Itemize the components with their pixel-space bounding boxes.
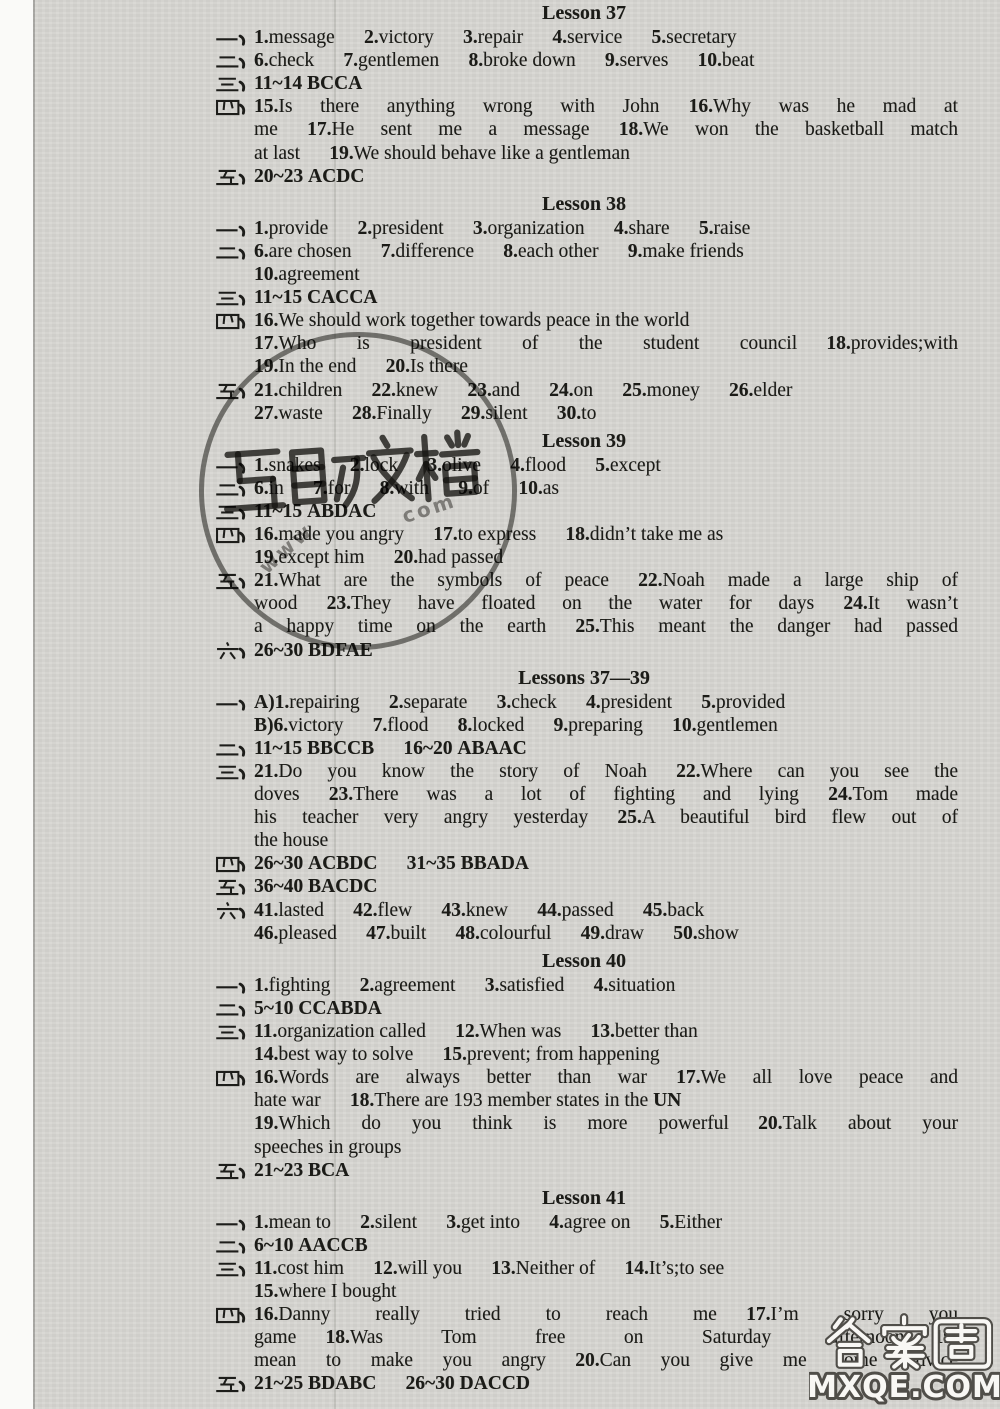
section-marker [210, 1160, 252, 1183]
section-marker [210, 1258, 252, 1281]
answer-text: hate war 18.There are 193 member states … [254, 1090, 681, 1111]
answer-line: 1.provide 2.president 3.organization 4.s… [210, 217, 958, 240]
section-marker [210, 241, 252, 264]
answer-line: his teacher very angry yesterday 25.A be… [210, 806, 958, 829]
answer-text: 6~10 AACCB [254, 1235, 368, 1256]
section-marker [210, 975, 252, 998]
answer-text: A)1.repairing 2.separate 3.check 4.presi… [254, 692, 785, 713]
answer-text: 11~14 BCCA [254, 73, 362, 94]
lesson-heading: Lesson 41 [210, 1187, 958, 1210]
section-marker [210, 1067, 252, 1090]
answer-text: 5~10 CCABDA [254, 998, 382, 1019]
answer-line: hate war 18.There are 193 member states … [210, 1089, 958, 1112]
section-marker [210, 50, 252, 73]
section-marker [210, 1212, 252, 1235]
answer-text: 21~23 BCA [254, 1160, 349, 1181]
answer-line: 15.Is there anything wrong with John 16.… [210, 95, 958, 118]
answer-text: 10.agreement [254, 264, 360, 285]
section-marker [210, 96, 252, 119]
answer-line: 1.fighting 2.agreement 3.satisfied 4.sit… [210, 974, 958, 997]
answer-line: 10.agreement [210, 263, 958, 286]
section-marker [210, 692, 252, 715]
logo-hanzi [825, 1313, 993, 1371]
answer-line: 1.message 2.victory 3.repair 4.service 5… [210, 26, 958, 49]
scan-left-margin [0, 0, 33, 1409]
section-marker [210, 998, 252, 1021]
lesson-heading: Lessons 37—39 [210, 667, 958, 690]
lesson-heading: Lesson 40 [210, 950, 958, 973]
answer-line: 46.pleased 47.built 48.colourful 49.draw… [210, 922, 958, 945]
lesson-heading: Lesson 38 [210, 193, 958, 216]
answer-line: 6.are chosen 7.difference 8.each other 9… [210, 240, 958, 263]
answer-line: 11.organization called 12.When was 13.be… [210, 1020, 958, 1043]
section-marker [210, 1373, 252, 1396]
answer-line: at last 19.We should behave like a gentl… [210, 142, 958, 165]
answer-text: 36~40 BACDC [254, 876, 377, 897]
answer-text: 1.provide 2.president 3.organization 4.s… [254, 218, 750, 239]
scanned-answer-page: Lesson 371.message 2.victory 3.repair 4.… [0, 0, 1000, 1409]
section-marker [210, 640, 252, 663]
section-marker [210, 738, 252, 761]
mxqe-watermark-logo: MXQE.COM MXQE.COM [805, 1291, 1000, 1409]
lesson-section: Lesson 371.message 2.victory 3.repair 4.… [210, 2, 958, 188]
answer-text: 11.cost him 12.will you 13.Neither of 14… [254, 1258, 724, 1279]
section-marker [210, 853, 252, 876]
answer-line: 14.best way to solve 15.prevent; from ha… [210, 1043, 958, 1066]
answer-text: the house [254, 830, 328, 851]
answer-line: 6~10 AACCB [210, 1234, 958, 1257]
answer-text: speeches in groups [254, 1137, 401, 1158]
answer-text: 11~15 BBCCB 16~20 ABAAC [254, 738, 527, 759]
answer-line: 11~15 BBCCB 16~20 ABAAC [210, 737, 958, 760]
answer-text: 1.mean to 2.silent 3.get into 4.agree on… [254, 1212, 722, 1233]
answer-text: 19.Which do you think is more powerful 2… [254, 1113, 958, 1134]
section-marker [210, 310, 252, 333]
section-marker [210, 1235, 252, 1258]
answer-text: 15.Is there anything wrong with John 16.… [254, 96, 958, 117]
answer-line: 20~23 ACDC [210, 165, 958, 188]
page-edge-line [33, 0, 35, 1409]
section-marker [210, 900, 252, 923]
answer-text: 1.fighting 2.agreement 3.satisfied 4.sit… [254, 975, 675, 996]
answer-line: 11~15 CACCA [210, 286, 958, 309]
section-marker [210, 73, 252, 96]
answer-text: 21.Do you know the story of Noah 22.Wher… [254, 761, 958, 782]
answer-line: 6.check 7.gentlemen 8.broke down 9.serve… [210, 49, 958, 72]
answer-line: 36~40 BACDC [210, 875, 958, 898]
section-marker [210, 166, 252, 189]
logo-domain: MXQE.COM MXQE.COM [809, 1367, 1000, 1407]
answer-text: 6.are chosen 7.difference 8.each other 9… [254, 241, 744, 262]
answer-line: 1.mean to 2.silent 3.get into 4.agree on… [210, 1211, 958, 1234]
answer-line: 5~10 CCABDA [210, 997, 958, 1020]
answer-text: 15.where I bought [254, 1281, 396, 1302]
answer-line: A)1.repairing 2.separate 3.check 4.presi… [210, 691, 958, 714]
answer-line: the house [210, 829, 958, 852]
answer-line: speeches in groups [210, 1136, 958, 1159]
lesson-heading: Lesson 37 [210, 2, 958, 25]
answer-line: 16.Words are always better than war 17.W… [210, 1066, 958, 1089]
section-marker [210, 27, 252, 50]
answer-text: doves 23.There was a lot of fighting and… [254, 784, 958, 805]
lesson-section: Lesson 401.fighting 2.agreement 3.satisf… [210, 950, 958, 1182]
answer-text: 14.best way to solve 15.prevent; from ha… [254, 1044, 660, 1065]
answer-text: at last 19.We should behave like a gentl… [254, 143, 630, 164]
answer-text: his teacher very angry yesterday 25.A be… [254, 807, 958, 828]
answer-line: 19.Which do you think is more powerful 2… [210, 1112, 958, 1135]
answer-text: 26~30 ACBDC 31~35 BBADA [254, 853, 529, 874]
answer-text: 11.organization called 12.When was 13.be… [254, 1021, 698, 1042]
answer-text: me 17.He sent me a message 18.We won the… [254, 119, 958, 140]
answer-column: Lesson 371.message 2.victory 3.repair 4.… [0, 0, 1000, 1396]
section-marker [210, 287, 252, 310]
answer-text: B)6.victory 7.flood 8.locked 9.preparing… [254, 715, 778, 736]
answer-line: B)6.victory 7.flood 8.locked 9.preparing… [210, 714, 958, 737]
answer-line: doves 23.There was a lot of fighting and… [210, 783, 958, 806]
section-marker [210, 876, 252, 899]
answer-line: 21.Do you know the story of Noah 22.Wher… [210, 760, 958, 783]
section-marker [210, 1304, 252, 1327]
answer-text: 21~25 BDABC 26~30 DACCD [254, 1373, 530, 1394]
answer-text: 16.Words are always better than war 17.W… [254, 1067, 958, 1088]
stamp-url-fragment: www [254, 518, 318, 579]
answer-text: 46.pleased 47.built 48.colourful 49.draw… [254, 923, 739, 944]
answer-line: me 17.He sent me a message 18.We won the… [210, 118, 958, 141]
answer-text: 1.message 2.victory 3.repair 4.service 5… [254, 27, 736, 48]
lesson-section: Lessons 37—39A)1.repairing 2.separate 3.… [210, 667, 958, 945]
answer-line: 16.We should work together towards peace… [210, 309, 958, 332]
section-marker [210, 761, 252, 784]
answer-line: 26~30 ACBDC 31~35 BBADA [210, 852, 958, 875]
section-marker [210, 1021, 252, 1044]
svg-text:MXQE.COM: MXQE.COM [809, 1370, 1000, 1405]
answer-line: 11~14 BCCA [210, 72, 958, 95]
section-marker [210, 218, 252, 241]
answer-line: 41.lasted 42.flew 43.knew 44.passed 45.b… [210, 899, 958, 922]
answer-text: 11~15 CACCA [254, 287, 377, 308]
answer-text: 41.lasted 42.flew 43.knew 44.passed 45.b… [254, 900, 704, 921]
answer-text: 16.We should work together towards peace… [254, 310, 689, 331]
answer-text: 6.check 7.gentlemen 8.broke down 9.serve… [254, 50, 754, 71]
answer-line: 21~23 BCA [210, 1159, 958, 1182]
answer-text: 20~23 ACDC [254, 166, 364, 187]
answer-line: 11.cost him 12.will you 13.Neither of 14… [210, 1257, 958, 1280]
